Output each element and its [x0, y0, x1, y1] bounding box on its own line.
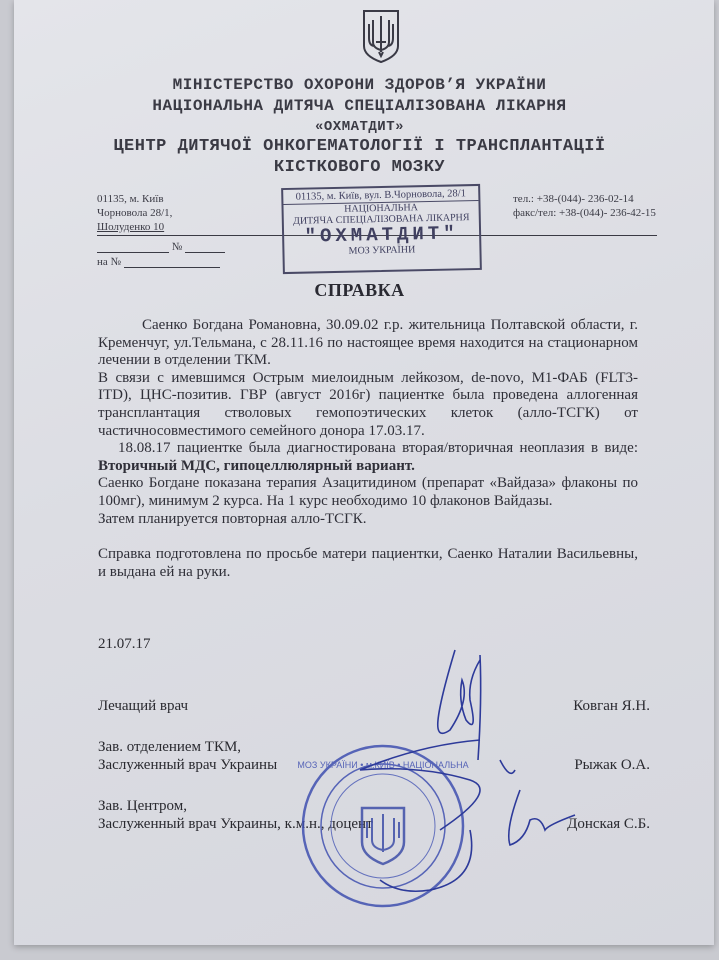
neoplasia-diagnosis: Вторичный МДС, гипоцеллюлярный вариант.: [98, 458, 415, 474]
paragraph-plan: Затем планируется повторная алло-ТСГК.: [98, 511, 638, 529]
outgoing-number-field: №: [97, 241, 225, 253]
reply-label: на №: [97, 256, 121, 268]
paragraph-secondary-neoplasia: 18.08.17 пациентке была диагностирована …: [98, 440, 638, 475]
address-line1: 01135, м. Київ: [97, 192, 172, 206]
paragraph-diagnosis: В связи с имевшимся Острым миелоидным ле…: [98, 370, 638, 440]
signature-row-attending: Лечащий врач Ковган Я.Н.: [98, 697, 650, 715]
number-label: №: [172, 241, 183, 253]
signatory-name: Донская С.Б.: [567, 815, 650, 833]
document-title: СПРАВКА: [0, 280, 719, 301]
reply-number-field: на №: [97, 256, 220, 268]
paragraph-therapy: Саенко Богдане показана терапия Азацитид…: [98, 475, 638, 510]
phone-number: тел.: +38-(044)- 236-02-14: [513, 192, 656, 206]
neoplasia-text: 18.08.17 пациентке была диагностирована …: [118, 440, 638, 456]
document-body: Саенко Богдана Романовна, 30.09.02 г.р. …: [98, 317, 638, 581]
hospital-name-heading: «ОХМАТДИТ»: [0, 119, 719, 135]
trident-crest-icon: [361, 8, 401, 64]
letterhead-contacts: тел.: +38-(044)- 236-02-14 факс/тел: +38…: [513, 192, 656, 220]
rectangular-hospital-stamp: 01135, м. Київ, вул. В.Чорновола, 28/1 Н…: [281, 184, 482, 274]
signature-row-center-head: Зав. Центром, Заслуженный врач Украины, …: [98, 797, 650, 833]
address-line2: Чорновола 28/1,: [97, 206, 172, 220]
signatory-title-line1: Зав. Центром,: [98, 797, 650, 815]
paragraph-patient-info: Саенко Богдана Романовна, 30.09.02 г.р. …: [98, 317, 638, 370]
signatory-name: Ковган Я.Н.: [573, 697, 650, 715]
signatory-name: Рыжак О.А.: [574, 756, 650, 774]
document-date: 21.07.17: [98, 636, 151, 653]
center-heading-line2: КІСТКОВОГО МОЗКУ: [0, 158, 719, 177]
center-heading-line1: ЦЕНТР ДИТЯЧОЇ ОНКОГЕМАТОЛОГІЇ І ТРАНСПЛА…: [0, 137, 719, 156]
hospital-heading: НАЦІОНАЛЬНА ДИТЯЧА СПЕЦІАЛІЗОВАНА ЛІКАРН…: [0, 97, 719, 115]
address-line3: Шолуденко 10: [97, 220, 172, 234]
paragraph-issued-to: Справка подготовлена по просьбе матери п…: [98, 546, 638, 581]
fax-number: факс/тел: +38-(044)- 236-42-15: [513, 206, 656, 220]
letterhead-address: 01135, м. Київ Чорновола 28/1, Шолуденко…: [97, 192, 172, 234]
signature-row-department-head: Зав. отделением ТКМ, Заслуженный врач Ук…: [98, 738, 650, 774]
signatory-title-line1: Зав. отделением ТКМ,: [98, 738, 650, 756]
signatory-title: Лечащий врач: [98, 697, 650, 715]
stamp-hospital-name: "ОХМАТДИТ": [284, 223, 479, 247]
ministry-heading: МІНІСТЕРСТВО ОХОРОНИ ЗДОРОВ’Я УКРАЇНИ: [0, 76, 719, 94]
signatory-title-line2: Заслуженный врач Украины: [98, 756, 650, 774]
